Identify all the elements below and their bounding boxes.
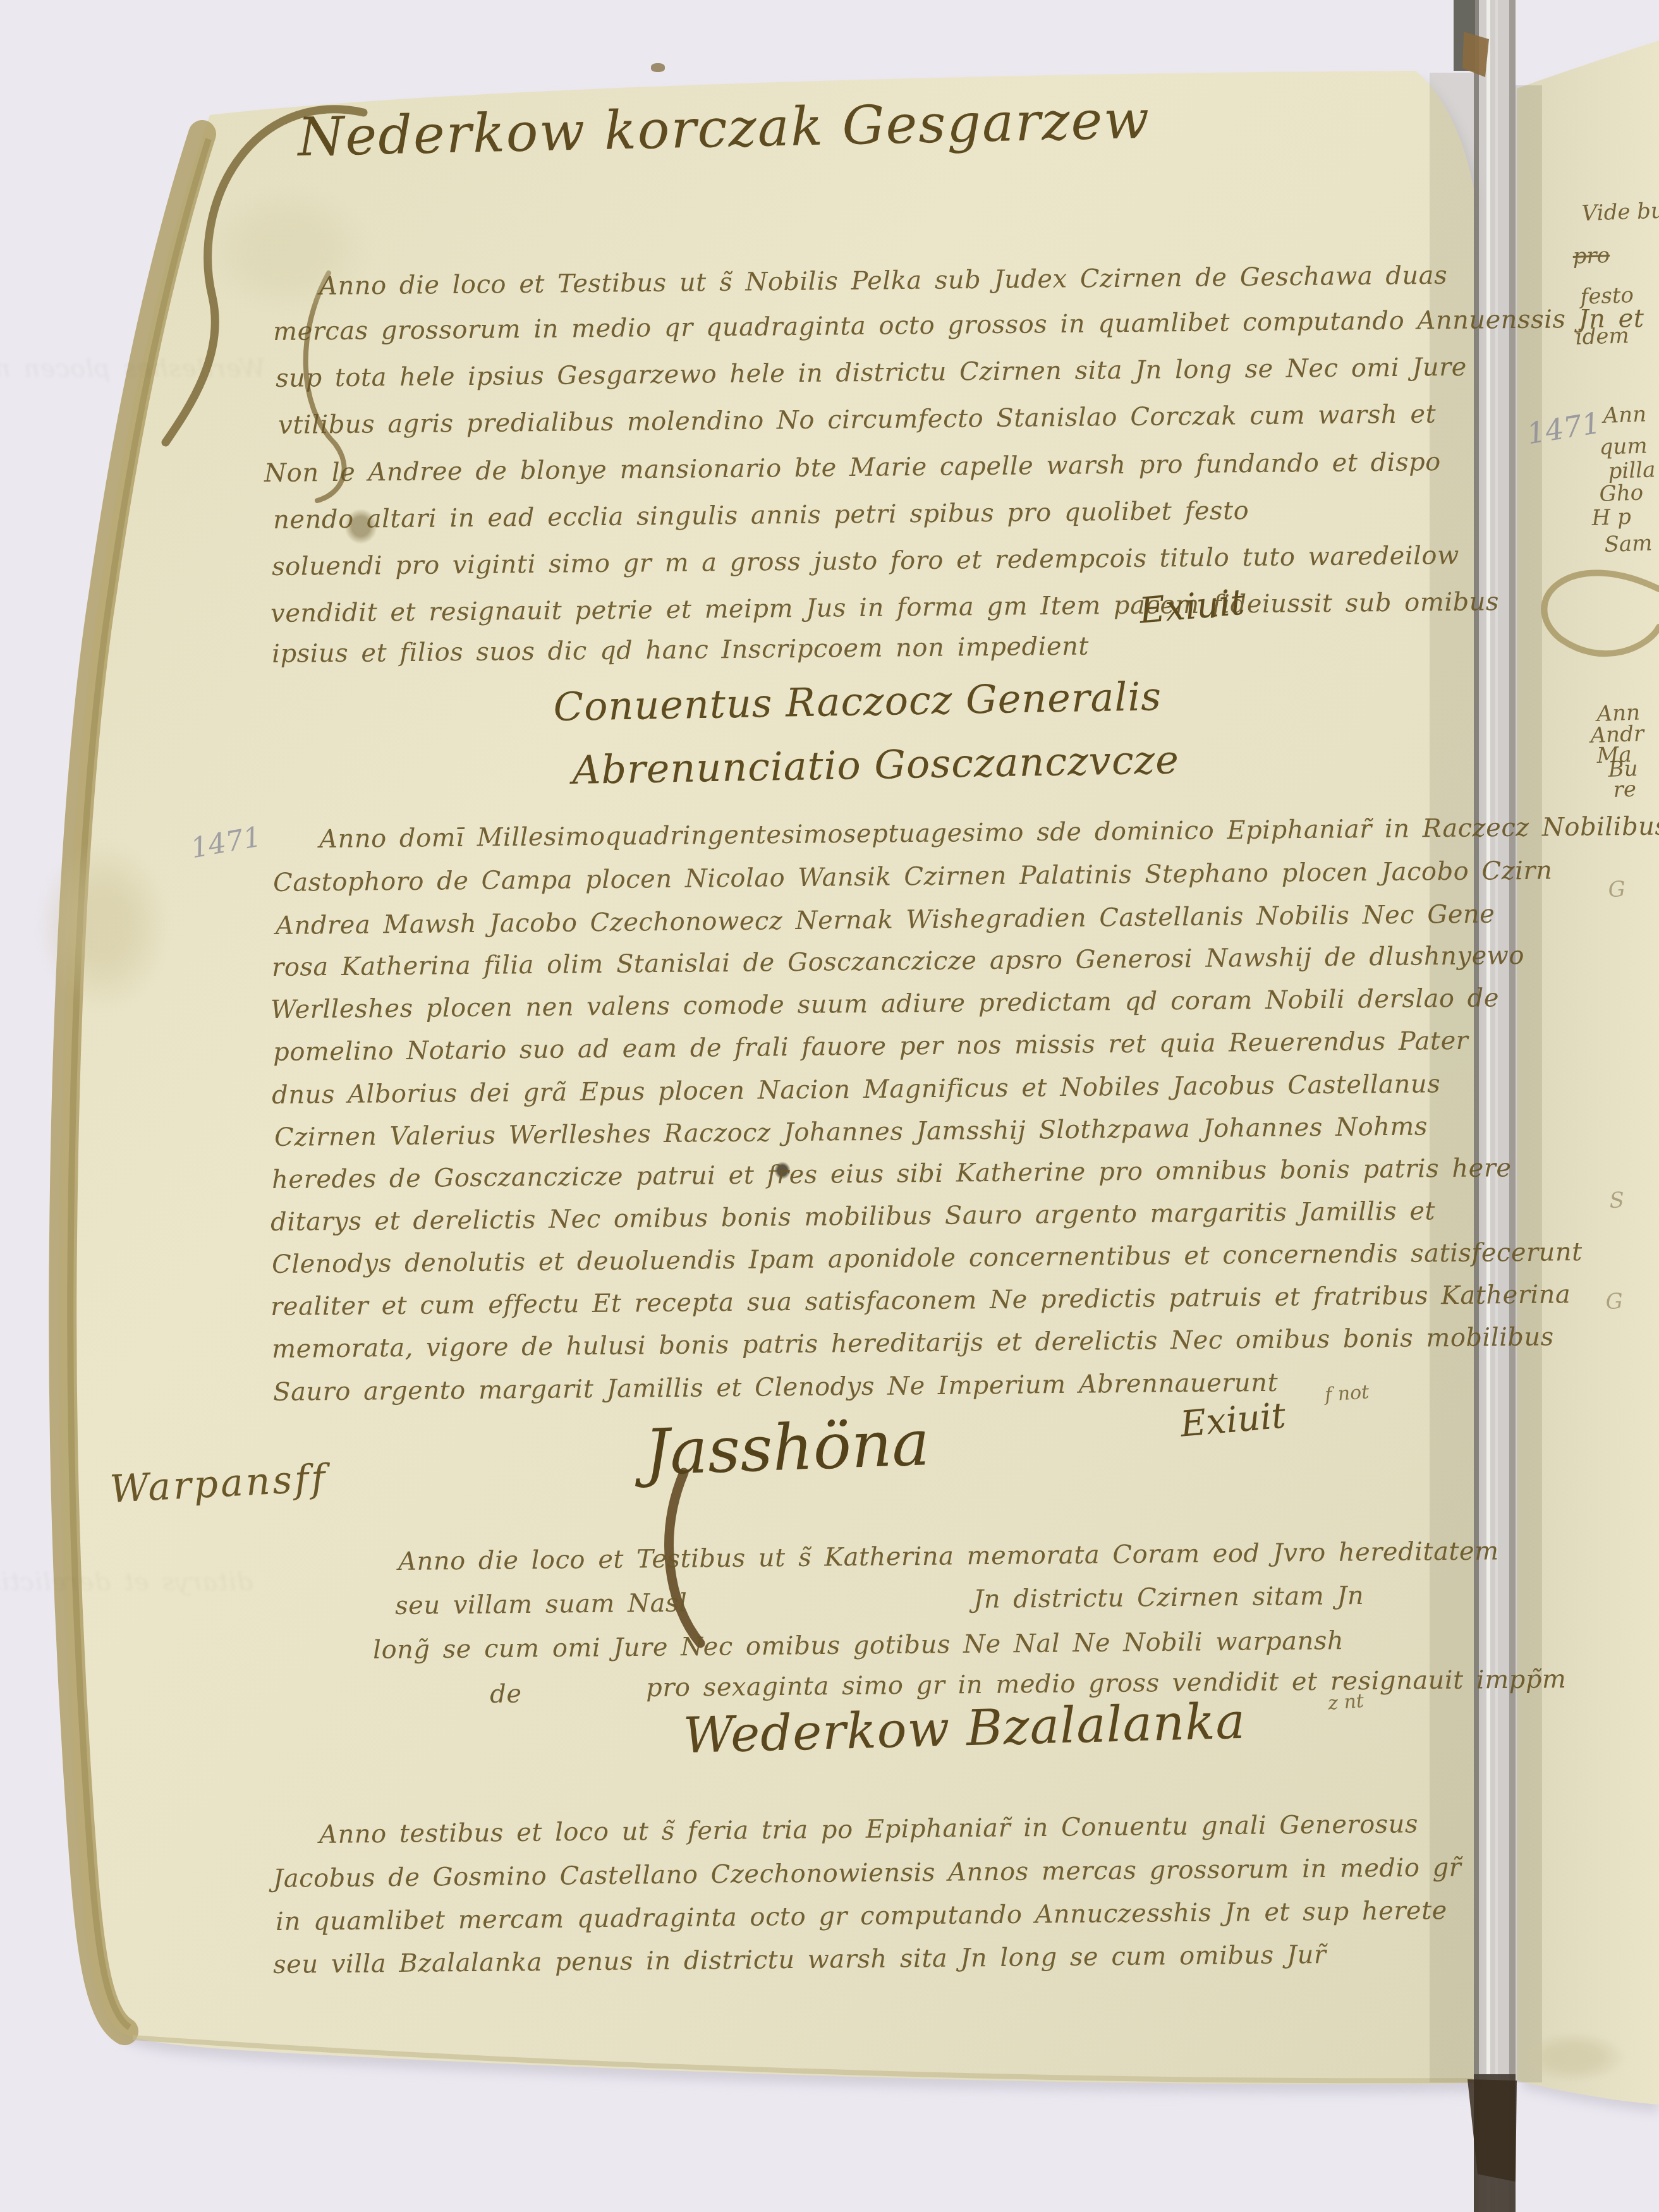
facing-fragment: G <box>1608 877 1626 902</box>
facing-fragment: Ann <box>1603 402 1647 428</box>
gutter-shade-right <box>1516 85 1542 2082</box>
body-line: Jn districtu Czirnen sitam Jn <box>973 1581 1364 1614</box>
bleedthrough-line: Werlleshes plocen nen valens comode suum… <box>0 354 265 383</box>
facing-fragment: G <box>1605 1289 1624 1315</box>
side-note: f not <box>1324 1381 1370 1406</box>
facing-fragment: Gho <box>1599 480 1644 507</box>
body-line: seu villam suam Nasl <box>395 1589 688 1620</box>
manuscript-scan: Werlleshes plocen nen valens comode suum… <box>0 0 1659 2212</box>
bleedthrough-line: ditarys et derelictis Nec omibus bonis m… <box>0 1567 253 1596</box>
facing-fragment: H p <box>1591 504 1632 531</box>
facing-fragment: Sam <box>1604 530 1653 557</box>
facing-fragment: festo <box>1580 283 1634 310</box>
facing-fragment: idem <box>1575 323 1629 350</box>
body-line: de <box>490 1680 522 1709</box>
facing-fragment: re <box>1613 777 1637 803</box>
entry-title-jasshona: Jasshöna <box>643 1406 931 1490</box>
facing-fragment-struck: pro <box>1572 243 1610 269</box>
side-note: z nt <box>1327 1690 1364 1715</box>
facing-fragment: Vide bui <box>1581 198 1659 226</box>
facing-fragment: qum <box>1599 433 1648 460</box>
facing-fragment: S <box>1609 1188 1625 1213</box>
